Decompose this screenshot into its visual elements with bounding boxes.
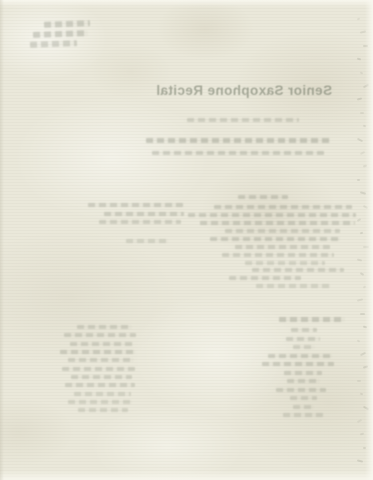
bleedthrough-line [77, 325, 132, 329]
bleedthrough-line [225, 229, 340, 233]
bleedthrough-line [33, 30, 88, 38]
scanned-document-page: Senior Saxophone Recital [0, 0, 373, 480]
bleedthrough-line [290, 396, 317, 400]
bleedthrough-line [44, 20, 90, 28]
bleedthrough-line [293, 345, 315, 349]
bleedthrough-line [268, 354, 332, 358]
bleedthrough-line [286, 337, 320, 341]
edge-mark [360, 393, 363, 396]
edge-mark [357, 218, 361, 222]
scan-edge-left [0, 0, 4, 480]
bleedthrough-line [68, 358, 134, 362]
bleedthrough-line [74, 392, 131, 396]
edge-mark [357, 58, 361, 61]
edge-mark [360, 433, 364, 436]
edge-mark [357, 419, 362, 423]
bleedthrough-line [283, 413, 323, 417]
edge-mark [360, 71, 364, 74]
edge-mark [357, 259, 362, 262]
bleedthrough-line [287, 379, 320, 383]
bleedthrough-line [60, 350, 135, 354]
bleedthrough-line [71, 375, 132, 379]
bleedthrough-line [65, 383, 135, 387]
bleedthrough-line [256, 284, 330, 288]
bleedthrough-line [293, 405, 314, 409]
edge-mark [357, 98, 362, 101]
edge-mark [360, 272, 364, 276]
edge-mark [360, 232, 363, 235]
bleedthrough-line [62, 367, 135, 371]
edge-mark [357, 137, 363, 142]
bleedthrough-line [188, 213, 356, 217]
edge-mark [357, 17, 361, 20]
bleedthrough-line [229, 276, 301, 280]
bleedthrough-line [126, 239, 168, 243]
scan-edge-right [365, 0, 373, 480]
bleedthrough-line [187, 118, 299, 122]
bleedthrough-line [200, 221, 355, 225]
bleedthrough-line [238, 195, 288, 199]
bleedthrough-line [252, 268, 344, 272]
bleedthrough-line [284, 371, 322, 375]
bleedthrough-line [245, 261, 325, 265]
bleedthrough-line [146, 138, 330, 143]
bleedthrough-line [78, 408, 128, 412]
bleedthrough-line [152, 151, 324, 155]
bleedthrough-line [210, 237, 340, 241]
bleedthrough-title: Senior Saxophone Recital [153, 83, 335, 101]
bleedthrough-line [222, 253, 334, 257]
bleedthrough-line [68, 400, 132, 404]
bleedthrough-line [235, 245, 330, 249]
bleedthrough-line [99, 220, 181, 224]
scan-edge-top [0, 0, 373, 7]
bleedthrough-line [291, 328, 317, 332]
bleedthrough-line [30, 40, 77, 48]
edge-mark [357, 299, 363, 302]
bleedthrough-line [64, 333, 136, 337]
edge-mark [357, 179, 360, 181]
scan-edge-bottom [0, 470, 373, 480]
bleedthrough-line [88, 203, 183, 207]
bleedthrough-line [104, 212, 184, 216]
edge-mark [357, 459, 363, 462]
bleedthrough-line [279, 317, 345, 322]
bleedthrough-line [276, 388, 326, 392]
bleedthrough-line [214, 205, 352, 209]
edge-mark [357, 380, 361, 382]
bleedthrough-line [70, 342, 133, 346]
bleedthrough-line [262, 362, 334, 366]
edge-mark [357, 339, 361, 342]
edge-mark [360, 112, 364, 114]
